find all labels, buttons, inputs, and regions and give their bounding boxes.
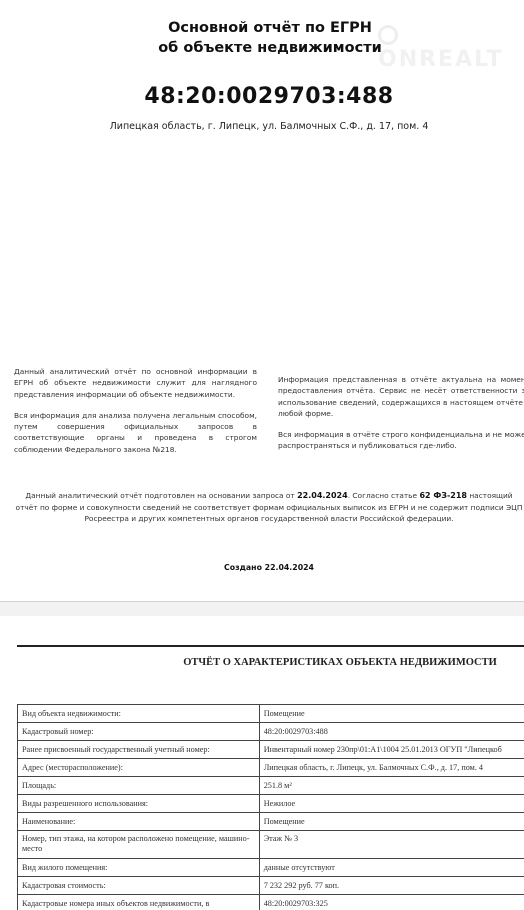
table-row: Вид жилого помещения:данные отсутствуют bbox=[18, 859, 524, 877]
property-label: Наименование: bbox=[18, 813, 260, 831]
property-value: Липецкая область, г. Липецк, ул. Балмочн… bbox=[259, 759, 524, 777]
disclaimer-paragraph: Вся информация в отчёте строго конфиденц… bbox=[278, 429, 524, 452]
characteristics-title: ОТЧЁТ О ХАРАКТЕРИСТИКАХ ОБЪЕКТА НЕДВИЖИМ… bbox=[0, 657, 524, 668]
property-label: Ранее присвоенный государственный учетны… bbox=[18, 741, 260, 759]
property-address: Липецкая область, г. Липецк, ул. Балмочн… bbox=[0, 121, 524, 132]
created-date: Создано 22.04.2024 bbox=[0, 563, 524, 572]
disclaimer-left: Данный аналитический отчёт по основной и… bbox=[14, 366, 257, 465]
table-row: Площадь:251.8 м² bbox=[18, 777, 524, 795]
table-row: Адрес (месторасположение):Липецкая облас… bbox=[18, 759, 524, 777]
property-label: Кадастровый номер: bbox=[18, 723, 260, 741]
request-date: 22.04.2024 bbox=[297, 491, 348, 500]
page-separator bbox=[0, 601, 524, 616]
disclaimer-paragraph: Информация представленная в отчёте актуа… bbox=[278, 374, 524, 419]
property-value: данные отсутствуют bbox=[259, 859, 524, 877]
report-cover-page: Основной отчёт по ЕГРН об объекте недвиж… bbox=[0, 0, 524, 600]
property-value: 251.8 м² bbox=[259, 777, 524, 795]
disclaimer-paragraph: Данный аналитический отчёт по основной и… bbox=[14, 366, 257, 400]
property-label: Площадь: bbox=[18, 777, 260, 795]
table-row: Наименование:Помещение bbox=[18, 813, 524, 831]
property-value: Нежилое bbox=[259, 795, 524, 813]
table-row: Виды разрешенного использования:Нежилое bbox=[18, 795, 524, 813]
table-row: Номер, тип этажа, на котором расположено… bbox=[18, 831, 524, 859]
table-row: Кадастровая стоимость:7 232 292 руб. 77 … bbox=[18, 877, 524, 895]
house-logo-icon bbox=[378, 25, 398, 45]
property-label: Кадастровая стоимость: bbox=[18, 877, 260, 895]
property-label: Вид жилого помещения: bbox=[18, 859, 260, 877]
characteristics-table: Вид объекта недвижимости:ПомещениеКадаст… bbox=[17, 704, 524, 910]
notice-text: . Согласно статье bbox=[348, 491, 420, 500]
property-value: 48:20:0029703:325 bbox=[259, 895, 524, 910]
watermark-text: ONREALT bbox=[378, 47, 504, 72]
watermark-logo: ONREALT bbox=[378, 22, 524, 72]
property-label: Вид объекта недвижимости: bbox=[18, 705, 260, 723]
law-reference: 62 ФЗ-218 bbox=[419, 491, 467, 500]
property-value: Инвентарный номер 230пр\01:А1\1004 25.01… bbox=[259, 741, 524, 759]
property-label: Адрес (месторасположение): bbox=[18, 759, 260, 777]
table-row: Вид объекта недвижимости:Помещение bbox=[18, 705, 524, 723]
disclaimer-right: Информация представленная в отчёте актуа… bbox=[278, 374, 524, 462]
header-rule bbox=[17, 645, 524, 647]
property-label: Кадастровые номера иных объектов недвижи… bbox=[18, 895, 260, 910]
characteristics-page: ОТЧЁТ О ХАРАКТЕРИСТИКАХ ОБЪЕКТА НЕДВИЖИМ… bbox=[0, 616, 524, 910]
table-row: Ранее присвоенный государственный учетны… bbox=[18, 741, 524, 759]
table-row: Кадастровые номера иных объектов недвижи… bbox=[18, 895, 524, 910]
property-value: Помещение bbox=[259, 705, 524, 723]
property-value: 48:20:0029703:488 bbox=[259, 723, 524, 741]
table-row: Кадастровый номер:48:20:0029703:488 bbox=[18, 723, 524, 741]
property-value: Помещение bbox=[259, 813, 524, 831]
disclaimer-paragraph: Вся информация для анализа получена лега… bbox=[14, 410, 257, 455]
cadastral-number: 48:20:0029703:488 bbox=[0, 84, 524, 109]
notice-text: Данный аналитический отчёт подготовлен н… bbox=[25, 491, 297, 500]
property-label: Виды разрешенного использования: bbox=[18, 795, 260, 813]
legal-notice: Данный аналитический отчёт подготовлен н… bbox=[14, 490, 524, 525]
property-value: 7 232 292 руб. 77 коп. bbox=[259, 877, 524, 895]
property-label: Номер, тип этажа, на котором расположено… bbox=[18, 831, 260, 859]
property-value: Этаж № 3 bbox=[259, 831, 524, 859]
